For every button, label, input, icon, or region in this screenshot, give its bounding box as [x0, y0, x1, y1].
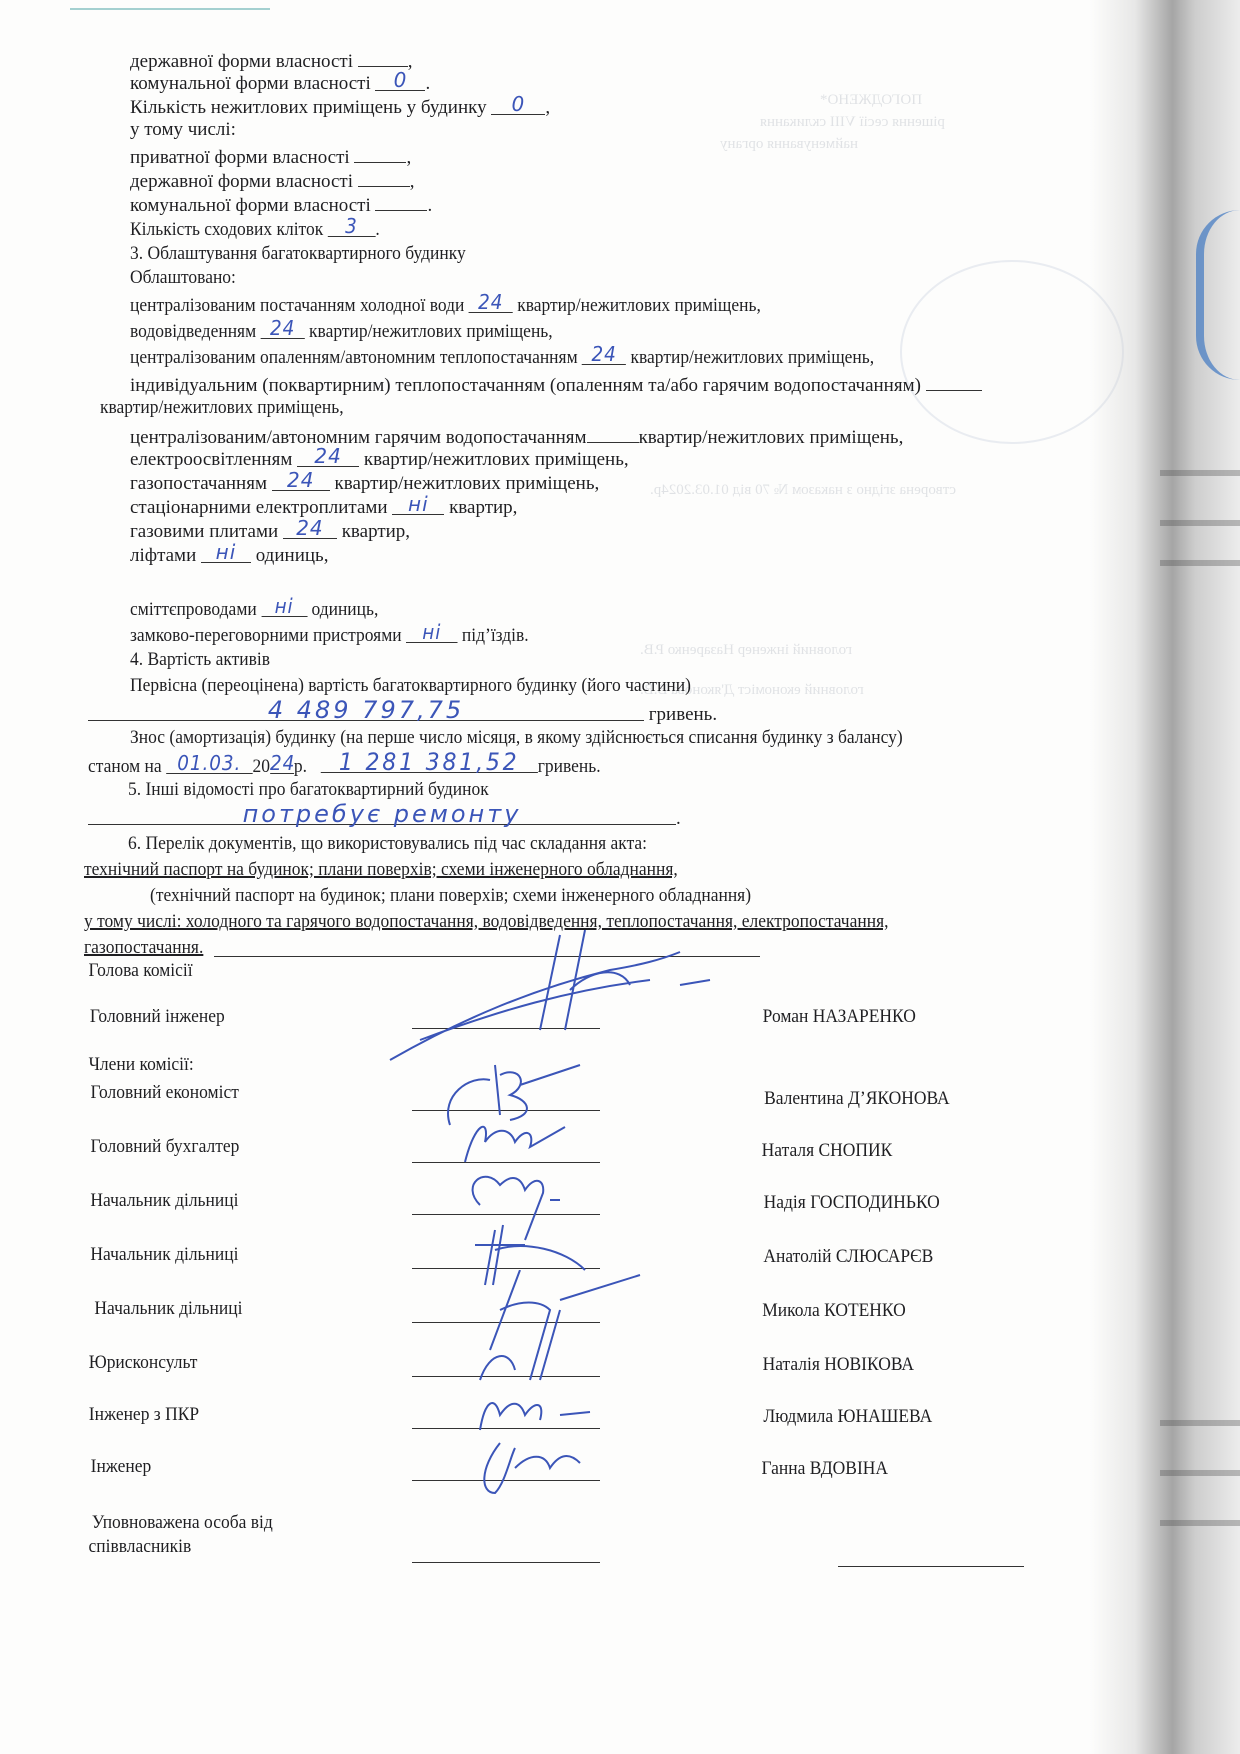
- signatory-name: Людмила ЮНАШЕВА: [763, 1406, 932, 1428]
- bleed-through-text: ПОГОДЖЕНО*: [820, 90, 922, 110]
- nonres-communal-row: комунальної форми власності .: [130, 190, 432, 218]
- as-of-date-field: 01.03.: [166, 753, 252, 774]
- equip-individual-heating-unit: квартир/нежитлових приміщень,: [100, 396, 344, 420]
- signatory-role: Начальник дільниці: [90, 1244, 238, 1266]
- commission-head-label: Голова комісії: [89, 960, 193, 982]
- signatory-role: Головний інженер: [90, 1006, 225, 1028]
- equip-individual-heating-row: індивідуальним (поквартирним) теплопоста…: [130, 370, 982, 398]
- equip-individual-heating-field: [926, 370, 982, 391]
- nonres-communal-field: [375, 190, 427, 211]
- signatory-role: Головний економіст: [90, 1082, 238, 1104]
- equip-gas-stoves-row: газовими плитами 24 квартир,: [130, 518, 410, 544]
- bleed-through-text: головний інженер Назаренко Р.В.: [640, 640, 852, 660]
- equip-intercom-field: ні: [406, 622, 458, 643]
- equip-elevators-field: ні: [201, 542, 251, 563]
- bleed-through-text: найменування органу: [720, 134, 858, 154]
- initial-cost-field: 4 489 797,75: [88, 700, 644, 721]
- signatory-role: Інженер з ПКР: [89, 1404, 199, 1426]
- equip-gas-stoves-field: 24: [283, 518, 337, 539]
- stamp-edge: [1196, 210, 1240, 380]
- section6-heading: 6. Перелік документів, що використовувал…: [128, 832, 647, 856]
- document-page: ПОГОДЖЕНО* рішення сесії VIII скликання …: [0, 0, 1240, 1754]
- depreciation-label: Знос (амортизація) будинку (на перше чис…: [130, 726, 903, 750]
- ownership-state-field: [358, 46, 408, 67]
- scan-edge-line: [70, 8, 270, 10]
- binding-mark: [1160, 560, 1240, 566]
- signatory-name: Надія ГОСПОДИНЬКО: [764, 1192, 940, 1214]
- signatory-role: Начальник дільниці: [90, 1190, 238, 1212]
- signatory-role: Інженер: [91, 1456, 152, 1478]
- signatory-name: Микола КОТЕНКО: [762, 1300, 906, 1322]
- equip-heating-row: централізованим опаленням/автономним теп…: [130, 344, 874, 370]
- initial-cost-label: Первісна (переоцінена) вартість багатокв…: [130, 674, 691, 698]
- equip-garbage-chutes-field: ні: [261, 596, 307, 617]
- binding-mark: [1160, 1470, 1240, 1476]
- signatory-name: Роман НАЗАРЕНКО: [763, 1006, 916, 1028]
- section5-row: потребує ремонту.: [88, 804, 681, 831]
- binding-mark: [1160, 1520, 1240, 1526]
- documents-including-line2: газопостачання.: [84, 936, 203, 960]
- as-of-year-field: 24: [270, 753, 294, 774]
- signatory-name: Анатолій СЛЮСАРЄВ: [763, 1246, 933, 1268]
- signatory-name: Наталя СНОПИК: [762, 1140, 893, 1162]
- documents-hint: (технічний паспорт на будинок; плани пов…: [150, 884, 751, 908]
- signatory-role: Юрисконсульт: [89, 1352, 198, 1374]
- signatory-role: Начальник дільниці: [94, 1298, 242, 1320]
- section3-heading: 3. Облаштування багатоквартирного будинк…: [130, 242, 466, 266]
- signatory-name: Наталія НОВІКОВА: [763, 1354, 914, 1376]
- equip-heating-field: 24: [582, 344, 626, 365]
- ownership-communal-row: комунальної форми власності 0.: [130, 70, 430, 96]
- equip-cold-water-field: 24: [469, 292, 513, 313]
- authorized-person-label: Уповноважена особа від: [92, 1512, 273, 1534]
- commission-members-label: Члени комісії:: [89, 1054, 194, 1076]
- section4-heading: 4. Вартість активів: [130, 648, 270, 672]
- bleed-through-text: рішення сесії VIII скликання: [760, 112, 945, 132]
- equip-electric-row: електроосвітленням 24 квартир/нежитлових…: [130, 446, 629, 472]
- equip-electric-field: 24: [297, 446, 359, 467]
- stairwells-row: Кількість сходових кліток 3.: [130, 216, 380, 242]
- authorized-person-name-line: [838, 1566, 1024, 1567]
- depreciation-field: 1 281 381,52: [321, 752, 538, 773]
- equip-cold-water-row: централізованим постачанням холодної вод…: [130, 292, 761, 318]
- including-label: у тому числі:: [130, 118, 236, 142]
- stairwells-field: 3: [328, 216, 376, 237]
- initial-cost-row: 4 489 797,75 гривень.: [88, 700, 717, 727]
- bleed-through-text: створена згідно з наказом № 70 від 01.03…: [650, 480, 956, 500]
- other-info-field: потребує ремонту: [88, 804, 676, 825]
- nonres-state-field: [358, 166, 410, 187]
- nonresidential-count-field: 0: [491, 94, 545, 115]
- equip-gas-row: газопостачанням 24 квартир/нежитлових пр…: [130, 470, 599, 496]
- depreciation-row: станом на 01.03.2024р. 1 281 381,52гриве…: [88, 752, 601, 779]
- binding-mark: [1160, 470, 1240, 476]
- equip-intercom-row: замково-переговорними пристроями ні під’…: [130, 622, 529, 648]
- equip-hot-water-field: [587, 422, 639, 443]
- binding-mark: [1160, 520, 1240, 526]
- binding-mark: [1160, 1420, 1240, 1426]
- signature-scribble-nazarenko: [380, 930, 720, 1070]
- ownership-communal-field: 0: [375, 70, 425, 91]
- nonresidential-count-row: Кількість нежитлових приміщень у будинку…: [130, 94, 550, 120]
- nonres-private-field: [354, 142, 406, 163]
- equip-drainage-field: 24: [261, 318, 305, 339]
- equip-drainage-row: водовідведенням 24 квартир/нежитлових пр…: [130, 318, 553, 344]
- signature-scribble-snopyk: [455, 1112, 575, 1172]
- equip-electric-stoves-field: ні: [392, 494, 444, 515]
- signature-scribble-kotenko-novikova: [460, 1270, 650, 1400]
- signatory-name: Валентина Д’ЯКОНОВА: [764, 1088, 950, 1110]
- equip-elevators-row: ліфтами ні одиниць,: [130, 542, 328, 568]
- signatory-name: Ганна ВДОВІНА: [762, 1458, 889, 1480]
- documents-list: технічний паспорт на будинок; плани пове…: [84, 858, 678, 882]
- section5-heading: 5. Інші відомості про багатоквартирний б…: [128, 778, 489, 802]
- section3-subheading: Облаштовано:: [130, 266, 236, 290]
- equip-garbage-chutes-row: сміттєпроводами ні одиниць,: [130, 596, 378, 622]
- authorized-person-label-2: співвласників: [88, 1536, 191, 1558]
- signatory-role: Головний бухгалтер: [90, 1136, 239, 1158]
- signature-scribble-vdovina: [470, 1438, 610, 1498]
- signature-line: [412, 1562, 600, 1563]
- signature-scribble-yunasheva: [470, 1390, 610, 1440]
- equip-gas-field: 24: [272, 470, 330, 491]
